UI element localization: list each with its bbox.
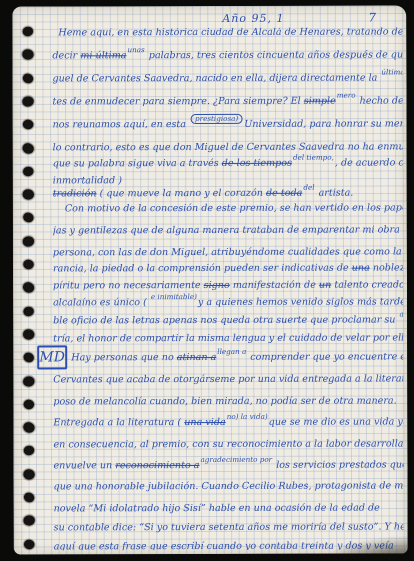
manuscript-line: Con motivo de la concesión de este premi… (53, 203, 403, 226)
struck-through-text: atinan a (177, 352, 217, 363)
manuscript-line: Hay personas que no atinan allegan a com… (53, 352, 403, 375)
punched-hole (22, 491, 36, 505)
struck-through-text: simple (304, 96, 336, 107)
page-number: 7 (368, 11, 376, 25)
interlinear-correction: mero (337, 92, 356, 100)
handwritten-text: tría, el honor de compartir la misma len… (53, 332, 404, 344)
punched-hole (21, 48, 35, 61)
notebook-page: Año 95, 1 7 MD Heme aquí, en esta histór… (12, 5, 407, 554)
handwritten-text: decir (52, 50, 80, 61)
punched-hole (22, 96, 33, 106)
punched-hole (21, 71, 35, 85)
struck-through-text: una vida (184, 417, 226, 428)
punched-hole (21, 188, 35, 201)
interlinear-correction: del (303, 184, 314, 192)
punched-hole (22, 119, 35, 131)
interlinear-correction: alta) (399, 310, 403, 318)
manuscript-line: decir mi últimaunas palabras, tres cient… (52, 50, 402, 74)
struck-through-text: signo (204, 280, 230, 291)
punched-hole (23, 538, 36, 550)
struck-through-text: un (319, 280, 331, 291)
handwritten-text: Hay personas que no (71, 352, 177, 363)
manuscript-line: su contable dice: “Si yo tuviera setenta… (54, 522, 404, 542)
punched-hole (21, 280, 36, 295)
handwritten-text: ble oficio de las letras apenas nos qued… (53, 315, 398, 327)
handwritten-text: novela “Mi idolatrado hijo Sisí” hable e… (54, 503, 380, 515)
interlinear-correction: del tiempo, (293, 154, 334, 162)
handwritten-text: jas y gentilezas que de alguna manera tr… (53, 224, 404, 236)
handwritten-text: rancia, la piedad o la comprensión puede… (53, 263, 352, 275)
handwritten-text: talento creador. El gran (331, 279, 403, 290)
handwritten-text: que se me dio es una vida ya vivida y, (269, 416, 404, 427)
interlinear-correction: no) la vida) (227, 413, 268, 421)
handwritten-text: Con motivo de la concesión de este premi… (65, 202, 404, 214)
handwritten-text: que una honorable jubilación. Cuando Cec… (54, 480, 404, 492)
manuscript-line: ble oficio de las letras apenas nos qued… (53, 315, 403, 334)
handwritten-text: ( que mueve la mano y el corazón (97, 188, 266, 199)
handwritten-text: en consecuencia, al premio, con su recon… (53, 438, 403, 450)
punched-hole (21, 211, 35, 225)
manuscript-lines: Heme aquí, en esta histórica ciudad de A… (52, 27, 403, 550)
handwritten-text: manifestación de (230, 280, 319, 291)
struck-through-text: una (352, 263, 370, 274)
struck-through-text: de los tiempos (222, 158, 292, 169)
handwritten-text: Cervantes que acaba de otorgárseme por u… (53, 373, 403, 385)
manuscript-line: que su palabra sigue viva a través de lo… (53, 158, 403, 176)
punched-hole (23, 516, 34, 526)
handwritten-text: hecho de que hoy (357, 95, 404, 106)
interlinear-correction: agradecimiento por (200, 456, 272, 464)
interlinear-correction: e inimitable) (151, 293, 197, 301)
handwritten-text: su contable dice: “Si yo tuviera setenta… (54, 521, 404, 533)
punched-hole (23, 376, 34, 386)
handwritten-text: envuelve un (53, 460, 115, 471)
punched-hole (23, 306, 33, 316)
manuscript-line: envuelve un reconocimiento aagradecimien… (53, 460, 403, 482)
punched-hole (21, 141, 36, 156)
interlinear-correction: unas (127, 46, 144, 54)
handwritten-text: Entregada a la literatura ( (53, 417, 184, 428)
handwritten-text: guel de Cervantes Saavedra, nacido en el… (52, 73, 380, 85)
handwritten-text: los servicios prestados que no es otra c… (273, 459, 404, 471)
manuscript-line: nos reunamos aquí, en esta prestigiosa)U… (53, 119, 403, 143)
manuscript-line: alcalaíno es único ( e inimitable)y a qu… (53, 297, 403, 316)
handwritten-text: que su palabra sigue viva a través (53, 158, 222, 169)
punched-hole (22, 398, 35, 410)
manuscript-line: Cervantes que acaba de otorgárseme por u… (53, 374, 403, 397)
archive-label: Año 95, 1 (222, 12, 284, 25)
manuscript-line: Entregada a la literatura ( una vidano) … (53, 417, 403, 440)
handwritten-text: nos reunamos aquí, en esta (53, 119, 189, 130)
manuscript-line: aquí que esta frase que escribí cuando y… (54, 541, 404, 550)
punched-hole (21, 420, 36, 435)
handwritten-text: Heme aquí, en esta histórica ciudad de A… (58, 27, 403, 38)
manuscript-line: jas y gentilezas que de alguna manera tr… (53, 225, 403, 248)
scanned-photo: Año 95, 1 7 MD Heme aquí, en esta histór… (0, 0, 414, 561)
handwritten-text: persona, con las de don Miguel, atribuyé… (53, 246, 404, 258)
punched-hole (22, 258, 35, 270)
handwritten-text: poso de melancolía cuando, bien mirada, … (53, 396, 396, 408)
punched-hole (22, 351, 36, 365)
handwritten-text: , de acuerdo con el) (335, 157, 404, 168)
punched-hole (22, 328, 36, 341)
manuscript-line: novela “Mi idolatrado hijo Sisí” hable e… (54, 503, 404, 523)
punched-hole (24, 446, 34, 456)
interlinear-correction: prestigiosa) (191, 114, 242, 124)
handwritten-text: y a quienes hemos venido siglos más tard… (198, 296, 404, 308)
punched-hole (22, 468, 36, 481)
handwritten-text: nobleza de es- (370, 262, 404, 273)
handwritten-text: palabras, tres cientos cincuenta años de… (146, 49, 404, 61)
punched-hole (23, 236, 34, 246)
punched-hole (23, 167, 33, 177)
handwritten-text: comprender que yo encuentre en este prem… (247, 351, 403, 363)
handwritten-text: artista. (316, 188, 354, 199)
handwritten-text: píritu pero no necesariamente (53, 280, 204, 291)
manuscript-line: Heme aquí, en esta histórica ciudad de A… (52, 27, 402, 51)
interlinear-correction: última) (381, 68, 403, 76)
punched-hole (23, 27, 33, 37)
interlinear-correction: llegan a (217, 348, 246, 356)
handwritten-text: alcalaíno es único ( (53, 297, 150, 308)
struck-through-text: de toda (266, 188, 302, 199)
handwritten-text: aquí que esta frase que escribí cuando y… (54, 541, 394, 551)
handwritten-text: lo contrario, esto es que don Miguel de … (53, 141, 404, 153)
handwritten-text: inmortalidad ) (53, 175, 122, 186)
struck-through-text: tradición (53, 188, 97, 199)
handwritten-text: Universidad, para honrar su memoria, dem… (244, 118, 403, 130)
handwritten-text: tes de enmudecer para siempre. ¿Para sie… (53, 96, 304, 108)
struck-through-text: reconocimiento a (115, 460, 199, 471)
binding-holes-column (12, 6, 43, 554)
struck-through-text: mi última (80, 50, 126, 61)
manuscript-line: que una honorable jubilación. Cuando Cec… (54, 481, 404, 504)
